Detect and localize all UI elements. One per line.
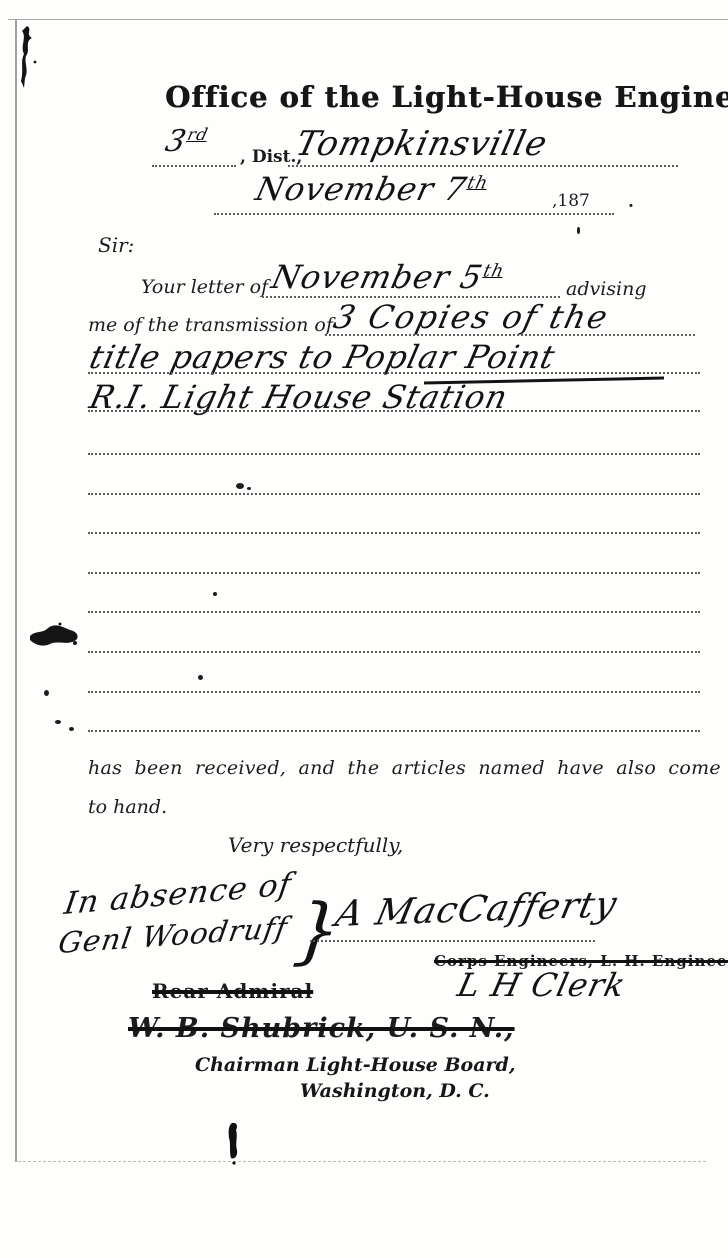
blank-ruled-line: [88, 572, 700, 574]
ink-speck: [55, 720, 61, 724]
date-handwritten: November 7th: [252, 170, 491, 208]
body-ruled-line-3: [88, 372, 700, 374]
body-written-2: 3 Copies of the: [330, 298, 613, 336]
body-written-1: November 5th: [268, 258, 507, 296]
letter-date-text: November 5: [268, 258, 487, 296]
ink-blot-bottom: [224, 1120, 244, 1168]
body-printed-1: Your letter of: [141, 276, 268, 298]
date-ruled-line: [214, 213, 614, 215]
page-edge-bottom: [18, 1161, 706, 1162]
district-ordinal-sup: rd: [186, 125, 211, 144]
blank-ruled-line: [88, 611, 700, 613]
page-edge-top: [8, 19, 728, 20]
blank-ruled-line: [88, 532, 700, 534]
blank-ruled-lines: [88, 453, 700, 743]
blank-ruled-line: [88, 691, 700, 693]
salutation: Sir:: [98, 233, 134, 257]
body-ruled-line-2: [325, 334, 695, 336]
body-printed-3: me of the transmission of: [88, 314, 333, 336]
district-handwritten: 3rd: [162, 124, 211, 159]
chairman-title: Chairman Light-House Board,: [195, 1054, 515, 1076]
written-title: L H Clerk: [454, 966, 630, 1004]
page-edge-left: [15, 20, 17, 1162]
district-ruled-line: [152, 165, 236, 167]
place-handwritten: Tompkinsville: [292, 124, 552, 164]
signature-name: A MacCafferty: [332, 884, 621, 935]
year-printed: ,187: [552, 191, 590, 211]
letterhead-title: Office of the Light-House Engineer.: [165, 80, 610, 114]
date-ordinal-sup: th: [465, 173, 490, 193]
ink-speck: [69, 727, 74, 731]
signature-ruled-line: [310, 940, 595, 942]
blank-ruled-line: [88, 651, 700, 653]
chairman-city: Washington, D. C.: [300, 1080, 490, 1102]
struck-rank: Rear Admiral: [152, 979, 313, 1003]
struck-chairman-name: W. B. Shubrick, U. S. N.,: [128, 1013, 515, 1044]
blank-ruled-line: [88, 493, 700, 495]
body-printed-2: advising: [566, 278, 647, 300]
ink-speck: [44, 690, 49, 696]
blank-ruled-line: [88, 453, 700, 455]
letter-document-scan: Office of the Light-House Engineer. 3rd …: [0, 0, 728, 1258]
letter-date-sup: th: [481, 261, 506, 281]
place-ruled-line: [288, 165, 678, 167]
body-ruled-line-4: [88, 410, 700, 412]
body-written-3: title papers to Poplar Point: [86, 338, 559, 376]
ink-smudge-left: [26, 618, 86, 660]
ink-blot-top-left: [18, 24, 44, 92]
closing-printed-1: has been received, and the articles name…: [88, 757, 721, 779]
dateline-period: .: [628, 192, 634, 212]
closing-respectfully: Very respectfully,: [228, 833, 403, 857]
date-text: November 7: [252, 170, 471, 208]
closing-printed-2: to hand.: [88, 796, 167, 818]
blank-ruled-line: [88, 730, 700, 732]
ink-speck: [577, 227, 580, 234]
